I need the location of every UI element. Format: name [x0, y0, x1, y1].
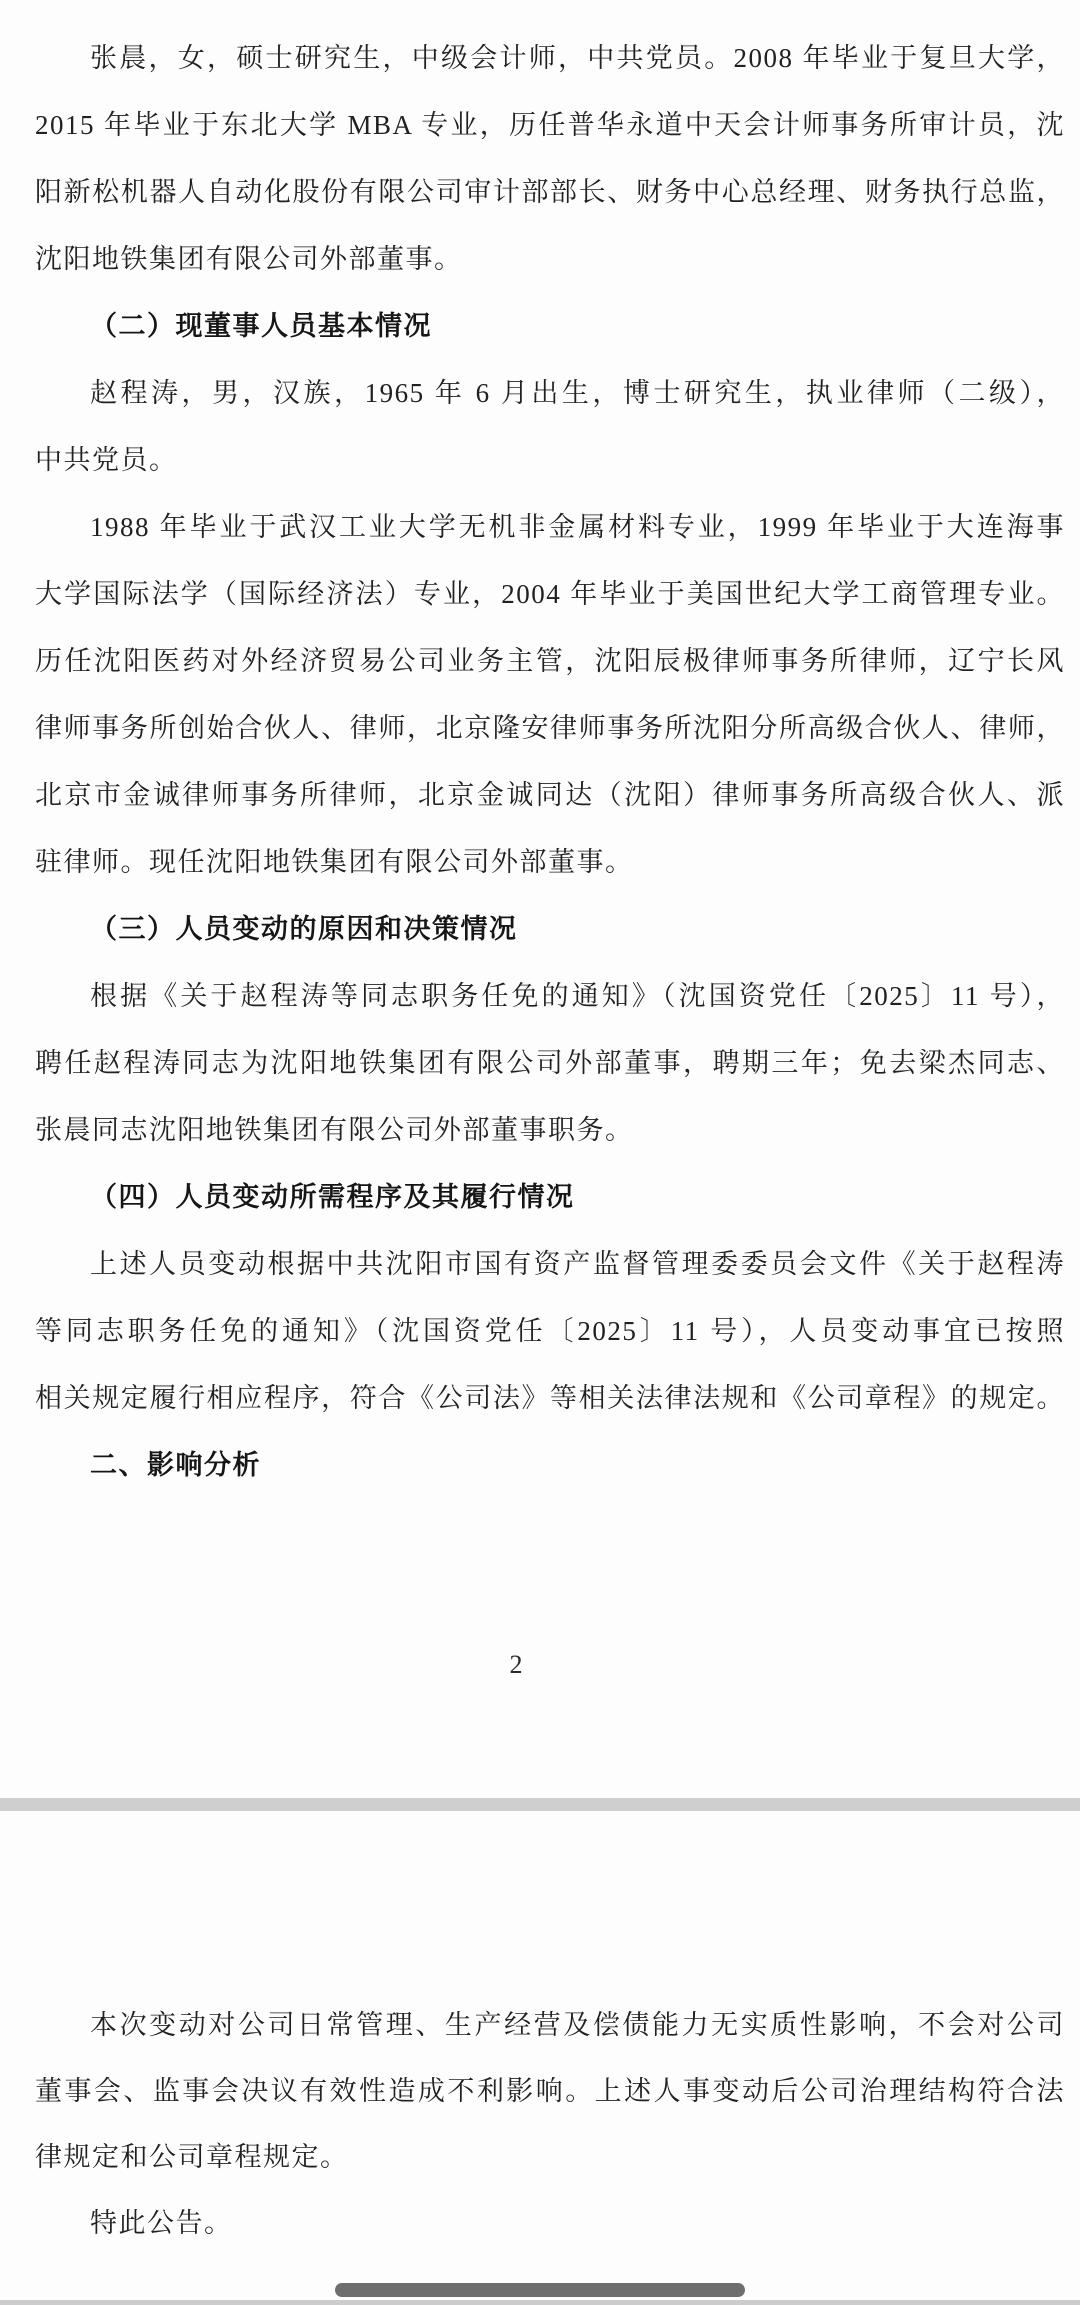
text-line: 等同志职务任免的通知》（沈国资党任〔2025〕11 号），人员变动事宜已按照 — [35, 1298, 1065, 1365]
text-line: 中共党员。 — [35, 427, 1065, 494]
heading-line: 二、影响分析 — [35, 1432, 1065, 1499]
text-line: 赵程涛，男，汉族，1965 年 6 月出生，博士研究生，执业律师（二级）， — [35, 360, 1065, 427]
text-line: 律规定和公司章程规定。 — [35, 2124, 1065, 2190]
page-divider — [0, 1798, 1080, 1811]
page-2-text: 本次变动对公司日常管理、生产经营及偿债能力无实质性影响，不会对公司董事会、监事会… — [35, 1992, 1065, 2256]
home-indicator[interactable] — [335, 2283, 745, 2297]
text-line: 聘任赵程涛同志为沈阳地铁集团有限公司外部董事，聘期三年；免去梁杰同志、 — [35, 1030, 1065, 1097]
text-line: 大学国际法学（国际经济法）专业，2004 年毕业于美国世纪大学工商管理专业。 — [35, 561, 1065, 628]
text-line: 阳新松机器人自动化股份有限公司审计部部长、财务中心总经理、财务执行总监， — [35, 159, 1065, 226]
text-line: 张晨，女，硕士研究生，中级会计师，中共党员。2008 年毕业于复旦大学， — [35, 25, 1065, 92]
text-line: 相关规定履行相应程序，符合《公司法》等相关法律法规和《公司章程》的规定。 — [35, 1365, 1065, 1432]
page-1-text: 张晨，女，硕士研究生，中级会计师，中共党员。2008 年毕业于复旦大学，2015… — [35, 25, 1065, 1499]
text-line: 北京市金诚律师事务所律师，北京金诚同达（沈阳）律师事务所高级合伙人、派 — [35, 762, 1065, 829]
text-line: 张晨同志沈阳地铁集团有限公司外部董事职务。 — [35, 1097, 1065, 1164]
document-viewer[interactable]: 张晨，女，硕士研究生，中级会计师，中共党员。2008 年毕业于复旦大学，2015… — [0, 0, 1080, 2305]
text-line: 上述人员变动根据中共沈阳市国有资产监督管理委委员会文件《关于赵程涛 — [35, 1231, 1065, 1298]
text-line: 律师事务所创始合伙人、律师，北京隆安律师事务所沈阳分所高级合伙人、律师， — [35, 695, 1065, 762]
text-line: 特此公告。 — [35, 2190, 1065, 2256]
text-line: 2015 年毕业于东北大学 MBA 专业，历任普华永道中天会计师事务所审计员，沈 — [35, 92, 1065, 159]
page-number: 2 — [0, 1648, 1032, 1682]
heading-line: （四）人员变动所需程序及其履行情况 — [35, 1164, 1065, 1231]
text-line: 本次变动对公司日常管理、生产经营及偿债能力无实质性影响，不会对公司 — [35, 1992, 1065, 2058]
next-page-top-edge — [0, 2300, 1080, 2305]
text-line: 历任沈阳医药对外经济贸易公司业务主管，沈阳辰极律师事务所律师，辽宁长风 — [35, 628, 1065, 695]
text-line: 董事会、监事会决议有效性造成不利影响。上述人事变动后公司治理结构符合法 — [35, 2058, 1065, 2124]
heading-line: （二）现董事人员基本情况 — [35, 293, 1065, 360]
text-line: 根据《关于赵程涛等同志职务任免的通知》（沈国资党任〔2025〕11 号）， — [35, 963, 1065, 1030]
text-line: 驻律师。现任沈阳地铁集团有限公司外部董事。 — [35, 829, 1065, 896]
text-line: 1988 年毕业于武汉工业大学无机非金属材料专业，1999 年毕业于大连海事 — [35, 494, 1065, 561]
heading-line: （三）人员变动的原因和决策情况 — [35, 896, 1065, 963]
text-line: 沈阳地铁集团有限公司外部董事。 — [35, 226, 1065, 293]
